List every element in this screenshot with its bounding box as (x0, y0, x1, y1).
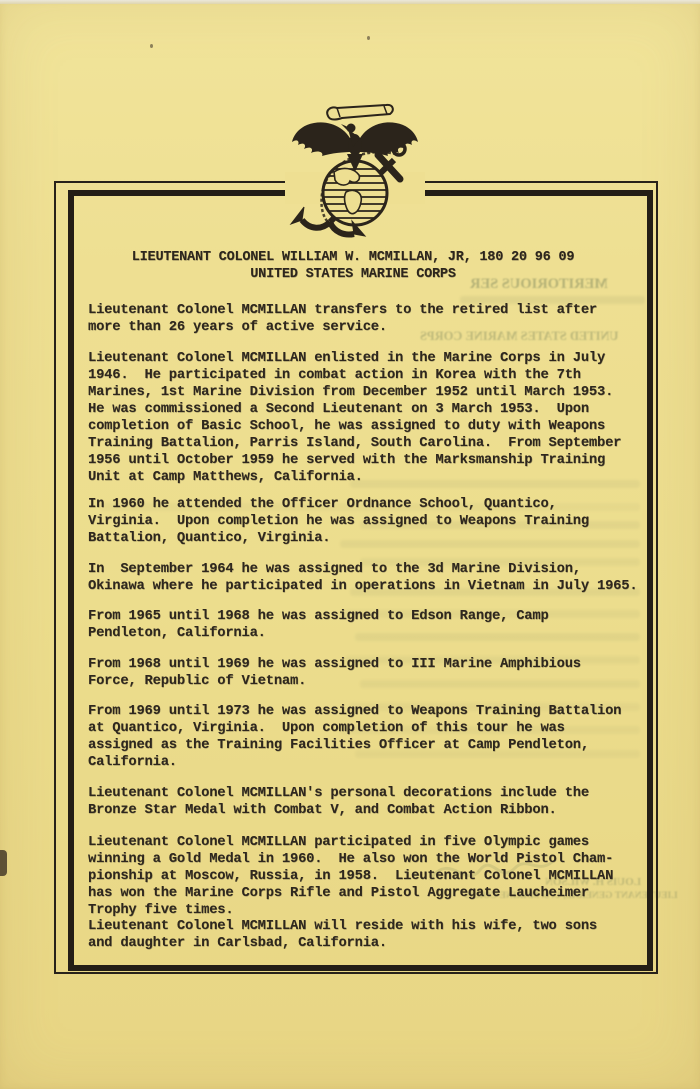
scanned-document-page: MERITORIOUS SER UNITED STATES MARINE COR… (0, 0, 700, 1089)
scan-top-edge (0, 0, 700, 4)
paragraph-decorations: Lieutenant Colonel MCMILLAN's personal d… (88, 785, 663, 819)
paragraph-olympics: Lieutenant Colonel MCMILLAN participated… (88, 834, 663, 919)
eagle-wing-right (358, 122, 418, 156)
dust-speck (367, 36, 370, 40)
paragraph-retirement: Lieutenant Colonel MCMILLAN transfers to… (88, 302, 663, 336)
paragraph-residence: Lieutenant Colonel MCMILLAN will reside … (88, 918, 663, 952)
eagle (292, 122, 418, 172)
document-title: LIEUTENANT COLONEL WILLIAM W. MCMILLAN, … (70, 250, 636, 267)
page-edge-mark (0, 850, 7, 876)
scroll-banner (327, 105, 393, 120)
paragraph-ordnance-school: In 1960 he attended the Officer Ordnance… (88, 496, 663, 547)
paragraph-enlistment: Lieutenant Colonel MCMILLAN enlisted in … (88, 350, 663, 486)
document-heading: LIEUTENANT COLONEL WILLIAM W. MCMILLAN, … (70, 250, 636, 283)
usmc-eagle-globe-anchor-emblem (286, 102, 420, 242)
paragraph-iii-maf: From 1968 until 1969 he was assigned to … (88, 656, 663, 690)
eagle-wing-left (292, 122, 352, 156)
paragraph-weapons-battalion: From 1969 until 1973 he was assigned to … (88, 703, 663, 771)
paragraph-edson-range: From 1965 until 1968 he was assigned to … (88, 608, 663, 642)
document-subtitle: UNITED STATES MARINE CORPS (70, 267, 636, 284)
dust-speck (150, 44, 153, 48)
paragraph-3d-division: In September 1964 he was assigned to the… (88, 561, 663, 595)
